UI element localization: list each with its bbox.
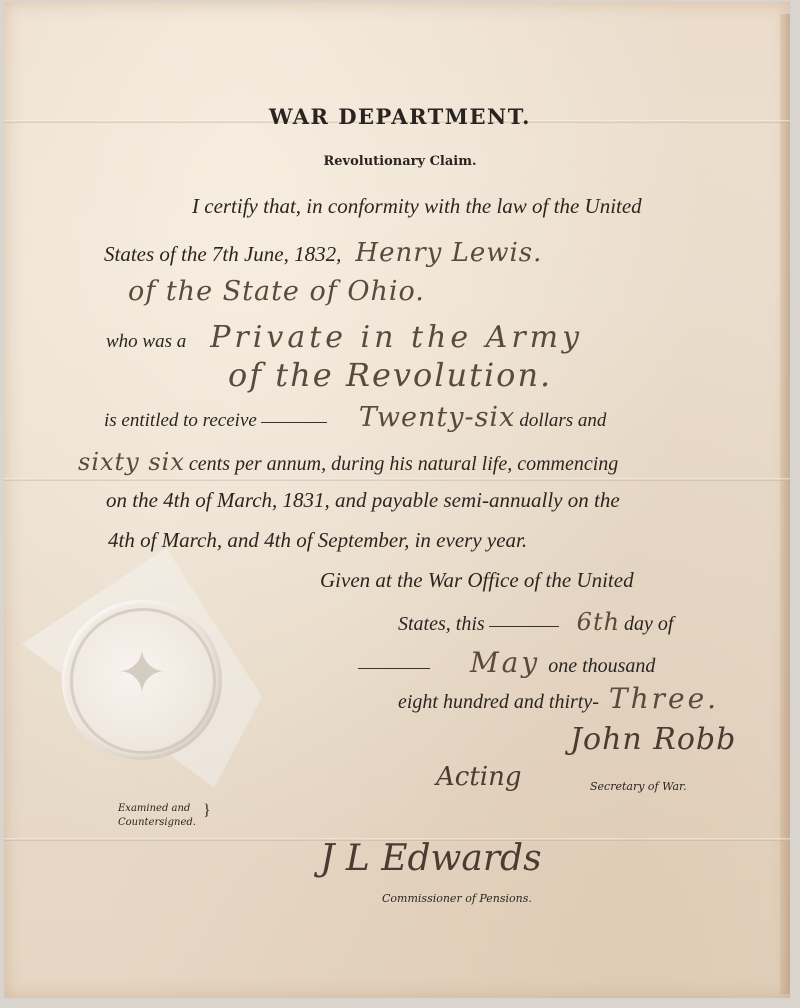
examined-line-1: Examined and — [118, 802, 196, 816]
given-line-3: May one thousand — [358, 646, 655, 679]
body-line-7-text: cents per annum, during his natural life… — [189, 453, 618, 475]
body-line-6-text: is entitled to receive — [104, 410, 257, 431]
given-line-2: States, this 6th day of — [398, 608, 673, 636]
blank-line — [261, 422, 327, 423]
pensioner-rank: Private in the Army — [210, 320, 583, 355]
brace-icon: } — [203, 802, 211, 820]
commissioner-signature: J L Edwards — [320, 838, 542, 879]
pensioner-state: of the State of Ohio. — [128, 276, 425, 307]
body-line-4-text: who was a — [106, 331, 186, 352]
body-line-8: on the 4th of March, 1831, and payable s… — [106, 488, 620, 513]
secretary-signature: John Robb — [570, 722, 736, 757]
pension-dollars: Twenty-six — [359, 402, 515, 433]
issue-day: 6th — [577, 608, 620, 636]
given-line-4: eight hundred and thirty- Three. — [398, 682, 719, 715]
given-line-1: Given at the War Office of the United — [320, 568, 634, 593]
body-line-9: 4th of March, and 4th of September, in e… — [108, 528, 527, 553]
embossed-seal-icon: ✦ — [62, 600, 222, 760]
secretary-title: Secretary of War. — [590, 780, 687, 793]
blank-line — [489, 626, 559, 627]
fold-line-middle — [4, 478, 790, 481]
blank-line — [358, 668, 430, 669]
body-line-6: is entitled to receive Twenty-six dollar… — [104, 402, 606, 433]
examined-block: Examined and Countersigned. — [118, 802, 196, 830]
body-line-2-text: States of the 7th June, 1832, — [104, 242, 341, 266]
commissioner-title: Commissioner of Pensions. — [382, 892, 532, 905]
acting-annotation: Acting — [436, 762, 522, 792]
document-subtitle: Revolutionary Claim. — [0, 154, 800, 169]
body-line-2: States of the 7th June, 1832, Henry Lewi… — [104, 238, 542, 268]
given-line-3-text: one thousand — [548, 655, 655, 677]
pension-cents: sixty six — [78, 448, 185, 476]
army-line: of the Revolution. — [228, 356, 552, 394]
document-title: WAR DEPARTMENT. — [0, 104, 800, 129]
issue-year: Three. — [609, 682, 719, 715]
body-line-7: sixty six cents per annum, during his na… — [78, 448, 618, 476]
body-line-6-dollars: dollars and — [519, 410, 606, 431]
body-line-1: I certify that, in conformity with the l… — [192, 194, 642, 219]
eagle-icon: ✦ — [62, 638, 222, 708]
issue-month: May — [470, 646, 540, 679]
body-line-4: who was a Private in the Army — [106, 320, 583, 355]
examined-line-2: Countersigned. — [118, 816, 196, 830]
given-line-2-text: States, this — [398, 613, 485, 635]
pensioner-name: Henry Lewis. — [355, 238, 542, 268]
given-line-4-text: eight hundred and thirty- — [398, 691, 599, 713]
given-line-2-day-of: day of — [624, 613, 673, 635]
